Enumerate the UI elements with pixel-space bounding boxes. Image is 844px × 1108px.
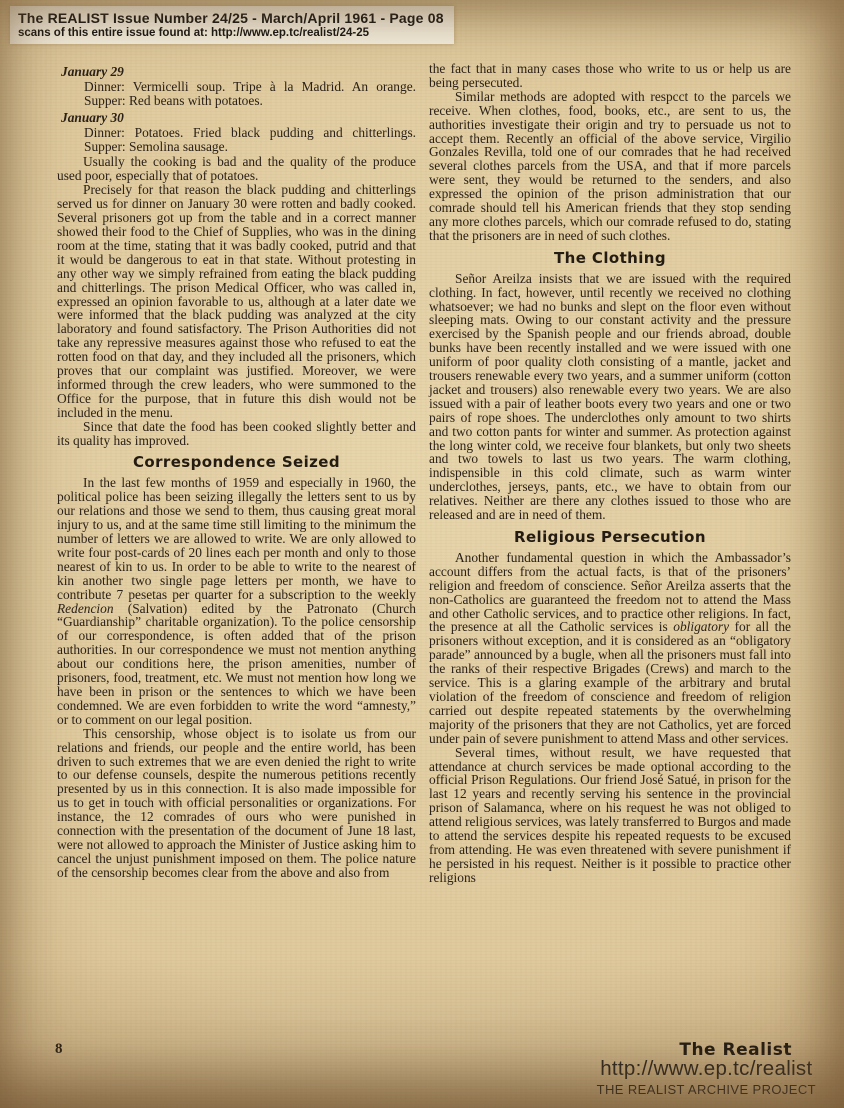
paragraph: Usually the cooking is bad and the quali…: [57, 155, 416, 183]
date-heading: January 30: [61, 111, 416, 125]
paragraph: Since that date the food has been cooked…: [57, 420, 416, 448]
paragraph: Several times, without result, we have r…: [429, 746, 791, 885]
paragraph: Precisely for that reason the black pudd…: [57, 183, 416, 419]
page-number: 8: [55, 1041, 63, 1058]
header-subtitle: scans of this entire issue found at: htt…: [18, 27, 444, 39]
archive-footer: http://www.ep.tc/realist THE REALIST ARC…: [597, 1057, 816, 1097]
left-column: January 29Dinner: Vermicelli soup. Tripe…: [57, 62, 416, 880]
paragraph: Señor Areilza insists that we are issued…: [429, 272, 791, 522]
archive-project-name: THE REALIST ARCHIVE PROJECT: [597, 1082, 816, 1097]
body-text: In the last few months of 1959 and espec…: [57, 475, 416, 601]
paragraph: In the last few months of 1959 and espec…: [57, 476, 416, 726]
header-title: The REALIST Issue Number 24/25 - March/A…: [18, 10, 444, 26]
paragraph: Similar methods are adopted with respcct…: [429, 90, 791, 243]
archive-url: http://www.ep.tc/realist: [597, 1057, 816, 1081]
paragraph: This censorship, whose object is to isol…: [57, 727, 416, 880]
body-text: for all the prisoners without exception,…: [429, 619, 791, 745]
scanned-page: The REALIST Issue Number 24/25 - March/A…: [0, 0, 844, 1108]
section-heading: Religious Persecution: [429, 531, 791, 545]
menu-paragraph: Dinner: Vermicelli soup. Tripe à la Madr…: [84, 80, 416, 108]
right-column: the fact that in many cases those who wr…: [429, 62, 791, 885]
section-heading: Correspondence Seized: [57, 456, 416, 470]
body-text: (Salvation) edited by the Patronato (Chu…: [57, 601, 416, 727]
italic-text: Redencion: [57, 601, 114, 616]
date-heading: January 29: [61, 65, 416, 79]
archive-header-label: The REALIST Issue Number 24/25 - March/A…: [10, 6, 454, 44]
italic-text: obligatory: [673, 619, 729, 634]
section-heading: The Clothing: [429, 252, 791, 266]
menu-paragraph: Dinner: Potatoes. Fried black pudding an…: [84, 126, 416, 154]
paragraph-continuation: the fact that in many cases those who wr…: [429, 62, 791, 90]
paragraph: Another fundamental question in which th…: [429, 551, 791, 746]
